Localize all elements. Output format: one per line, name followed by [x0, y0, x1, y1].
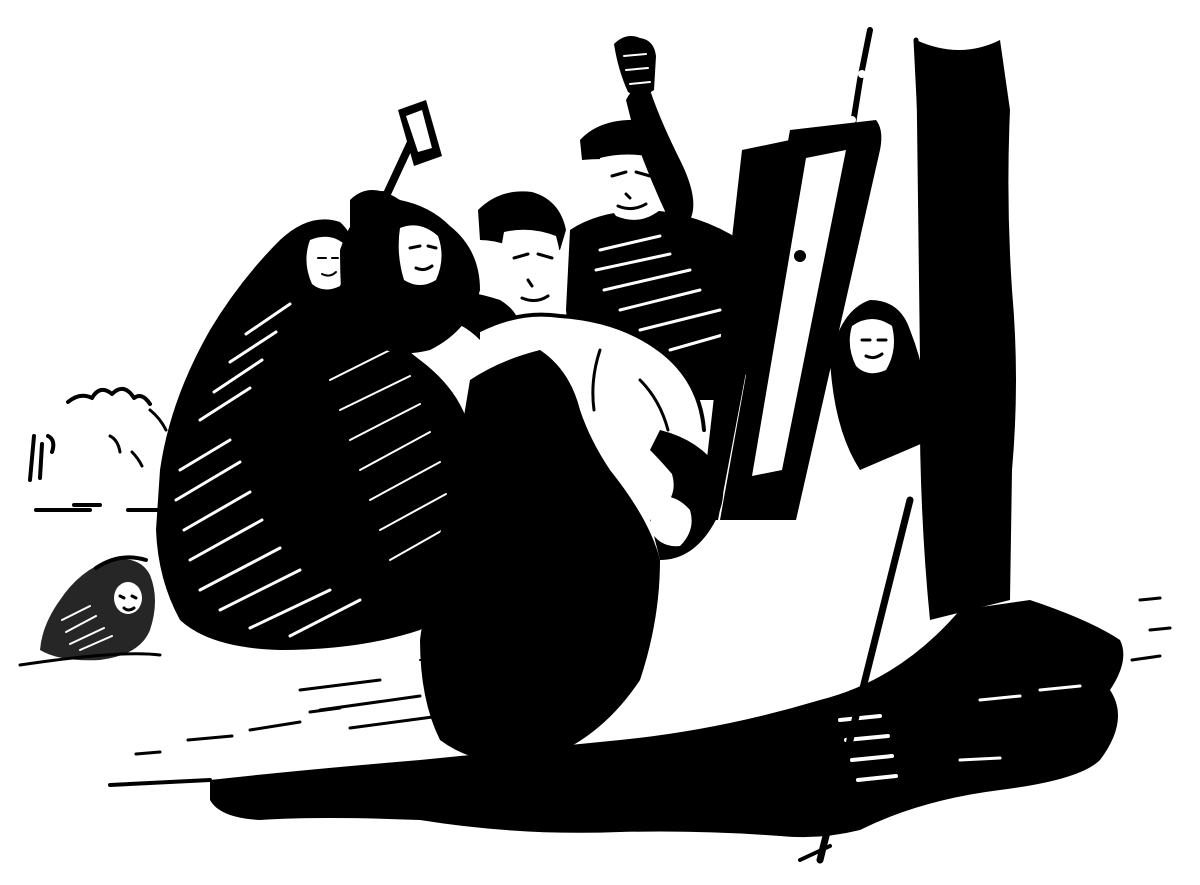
illustration	[0, 0, 1200, 885]
dark-pillar	[916, 40, 1016, 620]
